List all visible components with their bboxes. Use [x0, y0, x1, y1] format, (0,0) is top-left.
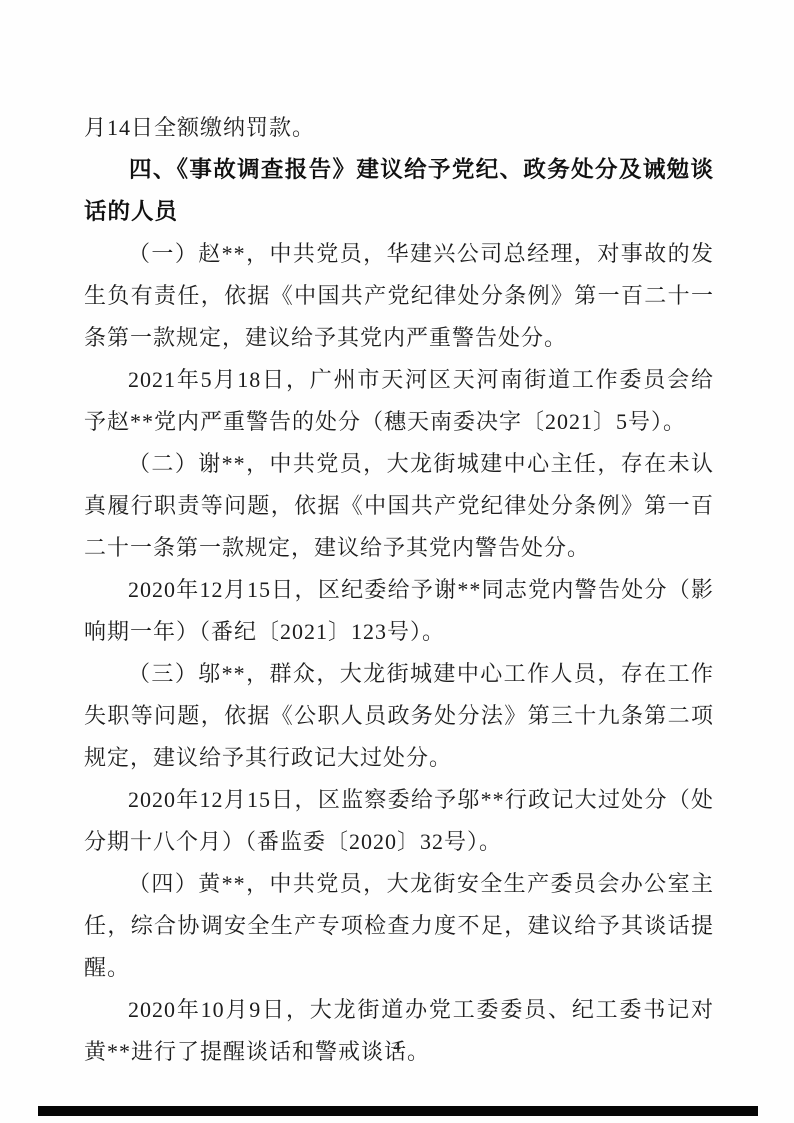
paragraph-decision-2: 2020年12月15日，区纪委给予谢**同志党内警告处分（影响期一年）（番纪〔2… [84, 569, 714, 653]
paragraph-person-4: （四）黄**，中共党员，大龙街安全生产委员会办公室主任，综合协调安全生产专项检查… [84, 863, 714, 989]
document-body: 月14日全额缴纳罚款。 四、《事故调查报告》建议给予党纪、政务处分及诫勉谈话的人… [84, 107, 714, 1073]
paragraph-decision-3: 2020年12月15日，区监察委给予邬**行政记大过处分（处分期十八个月）（番监… [84, 779, 714, 863]
section-heading: 四、《事故调查报告》建议给予党纪、政务处分及诫勉谈话的人员 [84, 149, 714, 233]
scan-artifact-bar [38, 1106, 758, 1116]
paragraph-decision-4: 2020年10月9日，大龙街道办党工委委员、纪工委书记对黄**进行了提醒谈话和警… [84, 989, 714, 1073]
paragraph-person-2: （二）谢**，中共党员，大龙街城建中心主任，存在未认真履行职责等问题，依据《中国… [84, 443, 714, 569]
page-number: 4 [0, 1038, 794, 1056]
paragraph-decision-1: 2021年5月18日，广州市天河区天河南街道工作委员会给予赵**党内严重警告的处… [84, 359, 714, 443]
paragraph-continuation: 月14日全额缴纳罚款。 [84, 107, 714, 149]
paragraph-person-3: （三）邬**，群众，大龙街城建中心工作人员，存在工作失职等问题，依据《公职人员政… [84, 653, 714, 779]
paragraph-person-1: （一）赵**，中共党员，华建兴公司总经理，对事故的发生负有责任，依据《中国共产党… [84, 233, 714, 359]
document-page: 月14日全额缴纳罚款。 四、《事故调查报告》建议给予党纪、政务处分及诫勉谈话的人… [0, 0, 794, 1123]
